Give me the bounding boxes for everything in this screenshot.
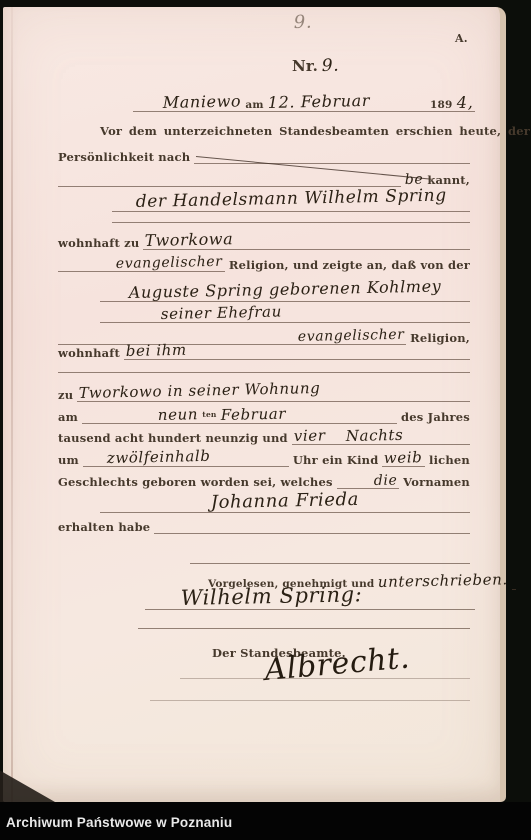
time-of-day-hand: Nachts [345,428,403,444]
blank-rule [194,163,470,164]
declarant-line: der Handelsmann Wilhelm Spring [112,186,470,212]
blank-rule-line [112,222,470,223]
blank-rule-line [58,372,470,373]
am-label: am [245,100,263,112]
page-number-hand: 9. [294,14,313,32]
am-label: am [58,412,78,425]
corner-letter-text: A. [455,33,468,45]
declarant-signature-hand: Wilhelm Spring: [181,584,363,609]
gender-rule: weib [382,451,425,467]
scanned-register-page: 9. A. Nr. 9. Maniewo am 12. Februar 189 … [0,0,531,840]
birth-month-hand: Februar [220,407,286,423]
persoenlichkeit-label: Persönlichkeit nach [58,152,190,165]
declarant-rule: der Handelsmann Wilhelm Spring [112,194,470,212]
record-number-line: Nr. 9. [292,58,339,75]
date-rule: Maniewo am 12. Februar 189 4, [133,95,475,112]
year-word-hand: vier [293,428,325,444]
birth-day-hand: neun [158,407,199,423]
birth-place-hand: Tworkowo in seiner Wohnung [79,381,321,401]
bekannt-hand: be [405,173,424,187]
gender-hand: weib [384,450,423,466]
blank-rule-line [138,628,470,629]
gender-suffix-print: lichen [429,455,470,468]
mother-relation-hand: seiner Ehefrau [161,304,282,322]
birth-hour-rule: zwölfeinhalb [83,451,289,467]
mother-residence-hand: bei ihm [126,343,187,359]
birth-place-line: zu Tworkowo in seiner Wohnung [58,380,470,402]
birth-hour-line: um zwölfeinhalb Uhr ein Kind weib lichen [58,446,470,467]
birth-place-rule: Tworkowo in seiner Wohnung [77,386,470,402]
blank-rule-line [190,563,470,564]
uhr-kind-print: Uhr ein Kind [293,455,379,468]
religion1-rule: evangelischer [58,257,225,272]
archive-watermark-bar: Archiwum Państwowe w Poznaniu [0,802,531,840]
signature-rule-line [150,700,470,701]
binding-crease [11,7,13,802]
child-names-line: Johanna Frieda [100,486,470,513]
des-jahres-print: des Jahres [401,412,470,425]
erhalten-line: erhalten habe [58,513,470,534]
birth-date-line: am neun ten Februar des Jahres [58,402,470,424]
zu-label: zu [58,390,73,403]
religion1-print: Religion, und zeigte an, daß von der [229,260,470,273]
residence-line: wohnhaft zu Tworkowa [58,228,470,250]
year-hand: 4, [456,95,473,111]
birth-hour-hand: zwölfeinhalb [107,449,211,466]
bekannt-line: be kannt, [58,166,470,187]
wohnhaft-zu-label: wohnhaft zu [58,238,139,251]
declarant-residence-hand: Tworkowa [145,231,234,249]
wohnhaft-label: wohnhaft [58,348,120,361]
corner-letter: A. [455,33,468,45]
date-line: Maniewo am 12. Februar 189 4, [133,86,475,112]
nr-label: Nr. [292,59,318,75]
mother-residence-line: wohnhaft bei ihm [58,338,470,360]
erhalten-print: erhalten habe [58,522,150,535]
page-number-annotation: 9. [294,14,312,32]
archive-watermark-text: Archiwum Państwowe w Poznaniu [6,815,232,830]
declarant-signature-line: Wilhelm Spring: [145,584,475,610]
mother-relation-line: seiner Ehefrau [100,300,470,323]
mother-line: Auguste Spring geborenen Kohlmey [100,276,470,302]
identity-line: Persönlichkeit nach [58,146,470,164]
declarant-signature-rule: Wilhelm Spring: [145,588,475,610]
blank-rule [512,589,516,590]
um-label: um [58,455,79,468]
mother-residence-rule: bei ihm [124,344,470,360]
religion1-hand: evangelischer [116,255,223,271]
religion1-line: evangelischer Religion, und zeigte an, d… [58,250,470,272]
registrar-signature-line: Albrecht. [266,656,412,686]
child-names-hand: Johanna Frieda [211,491,360,512]
birth-year-line: tausend acht hundert neunzig und vier Na… [58,424,470,445]
mother-hand: Auguste Spring geborenen Kohlmey [128,278,441,301]
day-month-hand: 12. Februar [267,93,370,111]
birth-date-rule: neun ten Februar [82,408,397,424]
declarant-hand: der Handelsmann Wilhelm Spring [135,187,446,211]
intro-line: Vor dem unterzeichneten Standesbeamten e… [100,126,472,139]
year-printed: 189 [430,100,453,112]
birth-year-rule: vier Nachts [292,429,470,445]
place-hand: Maniewo [163,93,242,111]
mother-relation-rule: seiner Ehefrau [100,307,470,323]
day-suffix-print: ten [202,411,216,424]
signature-rule-line [180,678,470,679]
child-names-rule: Johanna Frieda [100,494,470,513]
nr-value-hand: 9. [322,58,340,75]
year-words-print: tausend acht hundert neunzig und [58,433,288,446]
residence-rule: Tworkowa [143,233,470,250]
intro-text: Vor dem unterzeichneten Standesbeamten e… [100,126,530,139]
blank-rule [154,533,470,534]
